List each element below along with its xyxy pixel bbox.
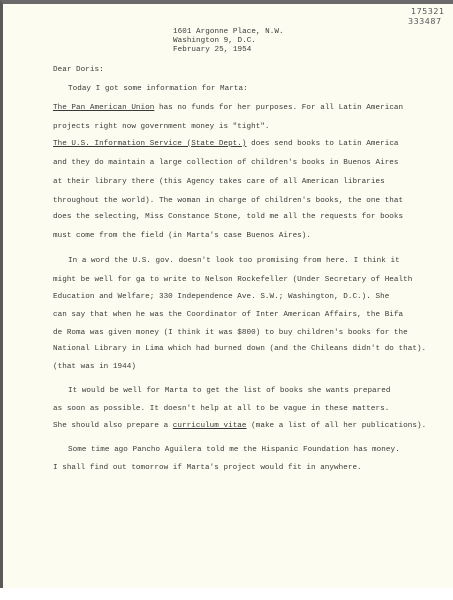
salutation: Dear Doris:: [53, 66, 104, 75]
body-line: projects right now government money is "…: [53, 123, 270, 132]
address-line-2: Washington 9, D.C.: [173, 37, 256, 46]
body-line: She should also prepare a curriculum vit…: [53, 422, 426, 431]
body-line: de Roma was given money (I think it was …: [53, 329, 408, 338]
body-line: might be well for ga to write to Nelson …: [53, 276, 412, 285]
body-line: National Library in Lima which had burne…: [53, 345, 426, 354]
curriculum-vitae-underlined: curriculum vitae: [173, 422, 247, 430]
body-line: (that was in 1944): [53, 363, 136, 372]
org-name-underlined: The U.S. Information Service (State Dept…: [53, 140, 247, 148]
body-line: Education and Welfare; 330 Independence …: [53, 293, 389, 302]
address-line-1: 1601 Argonne Place, N.W.: [173, 28, 284, 37]
body-line: Today I got some information for Marta:: [68, 85, 248, 94]
body-line: can say that when he was the Coordinator…: [53, 311, 403, 320]
body-line: as soon as possible. It doesn't help at …: [53, 405, 389, 414]
body-line: The U.S. Information Service (State Dept…: [53, 140, 399, 149]
body-line: In a word the U.S. gov. doesn't look too…: [68, 257, 400, 266]
body-line: at their library there (this Agency take…: [53, 178, 385, 187]
body-line: throughout the world). The woman in char…: [53, 197, 403, 206]
letter-date: February 25, 1954: [173, 46, 251, 55]
body-line: must come from the field (in Marta's cas…: [53, 232, 311, 241]
org-name-underlined: The Pan American Union: [53, 104, 154, 112]
archive-mark-1: 175321: [411, 7, 445, 16]
body-line: Some time ago Pancho Aguilera told me th…: [68, 446, 400, 455]
body-line: It would be well for Marta to get the li…: [68, 387, 391, 396]
body-line: The Pan American Union has no funds for …: [53, 104, 403, 113]
archive-mark-2: 333487: [408, 17, 442, 26]
body-line: I shall find out tomorrow if Marta's pro…: [53, 464, 362, 473]
body-line: and they do maintain a large collection …: [53, 159, 399, 168]
body-line: does the selecting, Miss Constance Stone…: [53, 213, 403, 222]
